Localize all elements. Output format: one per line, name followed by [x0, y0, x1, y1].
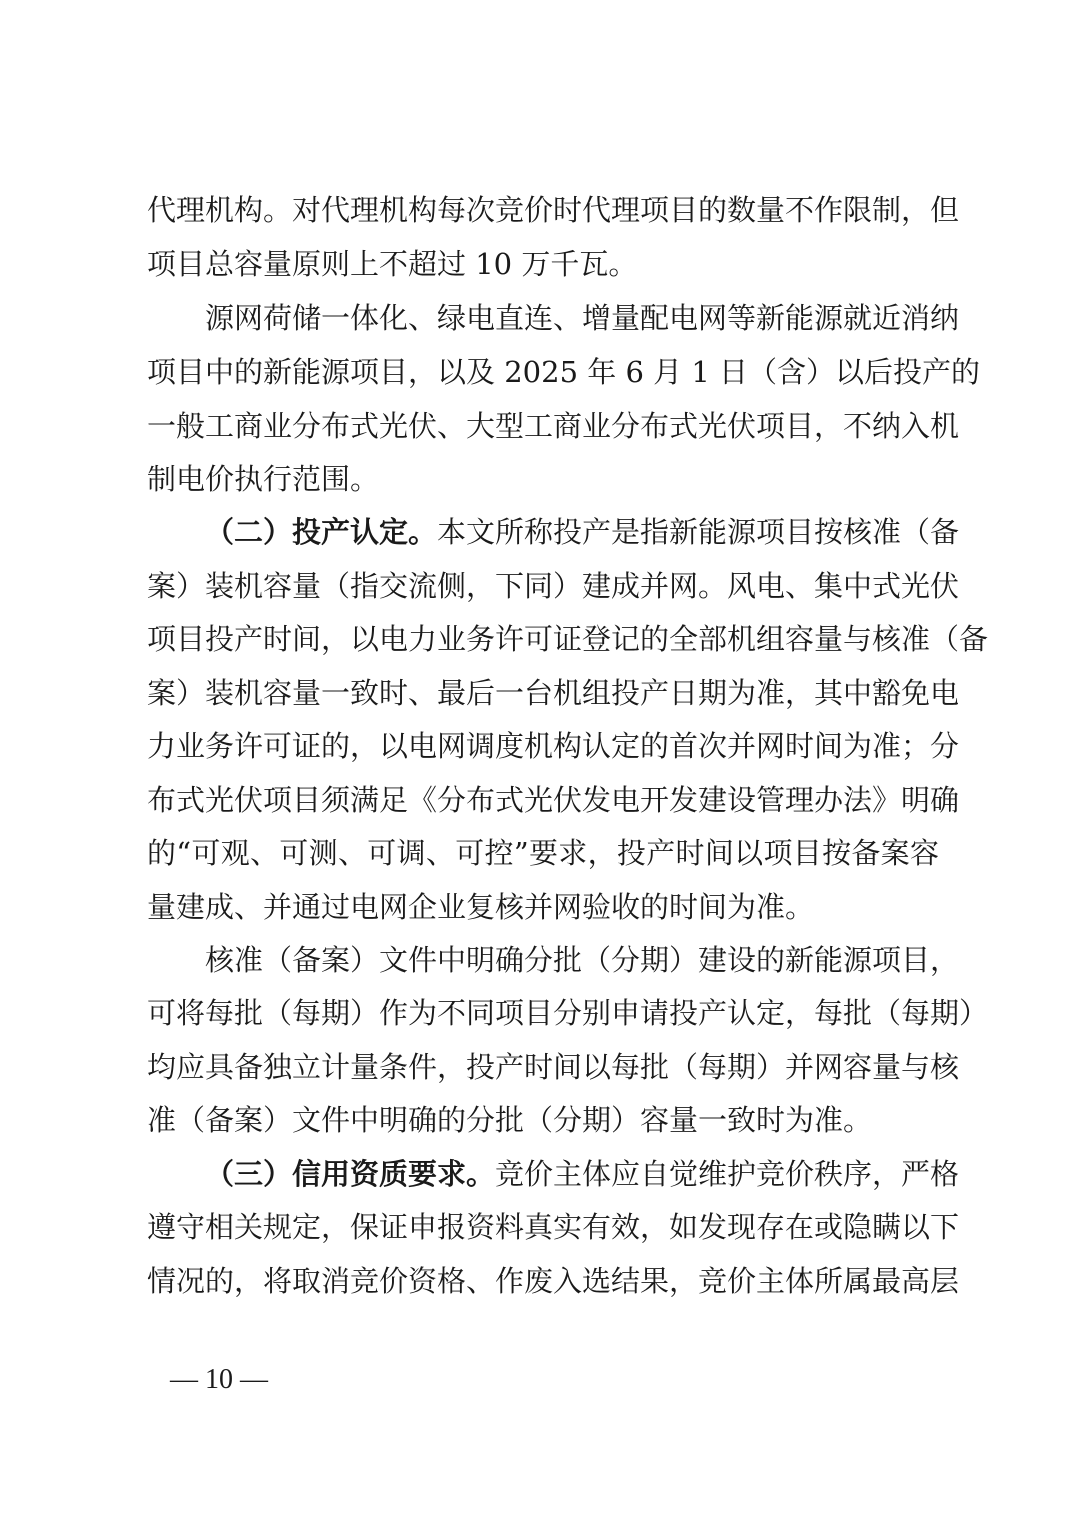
section-heading-line: （三）信用资质要求。竞价主体应自觉维护竞价秩序，严格: [205, 1154, 939, 1194]
line-text: 本文所称投产是指新能源项目按核准（备: [437, 515, 959, 549]
line-text: 核准（备案）文件中明确分批（分期）建设的新能源项目，: [205, 943, 959, 977]
text-line: 力业务许可证的，以电网调度机构认定的首次并网时间为准；分: [147, 726, 939, 766]
text-line: 可将每批（每期）作为不同项目分别申请投产认定，每批（每期）: [147, 993, 939, 1033]
line-text: 情况的，将取消竞价资格、作废入选结果，竞价主体所属最高层: [147, 1264, 959, 1298]
line-text: 项目总容量原则上不超过 10 万千瓦。: [147, 247, 637, 281]
line-text: 代理机构。对代理机构每次竞价时代理项目的数量不作限制，但: [147, 193, 959, 227]
line-text: 项目投产时间，以电力业务许可证登记的全部机组容量与核准（备: [147, 622, 988, 656]
page-number: — 10 —: [170, 1362, 268, 1398]
section-heading-line: （二）投产认定。本文所称投产是指新能源项目按核准（备: [205, 512, 939, 552]
line-text: 布式光伏项目须满足《分布式光伏发电开发建设管理办法》明确: [147, 783, 959, 817]
section-heading: （三）信用资质要求。: [205, 1157, 495, 1191]
text-line: 源网荷储一体化、绿电直连、增量配电网等新能源就近消纳: [205, 298, 939, 338]
line-text: 竞价主体应自觉维护竞价秩序，严格: [495, 1157, 959, 1191]
line-text: 案）装机容量（指交流侧，下同）建成并网。风电、集中式光伏: [147, 569, 959, 603]
line-text: 的“可观、可测、可调、可控”要求，投产时间以项目按备案容: [147, 836, 939, 870]
line-text: 均应具备独立计量条件，投产时间以每批（每期）并网容量与核: [147, 1050, 959, 1084]
line-text: 力业务许可证的，以电网调度机构认定的首次并网时间为准；分: [147, 729, 959, 763]
line-text: 项目中的新能源项目，以及 2025 年 6 月 1 日（含）以后投产的: [147, 355, 980, 389]
text-line: 案）装机容量（指交流侧，下同）建成并网。风电、集中式光伏: [147, 566, 939, 606]
text-line: 核准（备案）文件中明确分批（分期）建设的新能源项目，: [205, 940, 939, 980]
line-text: 可将每批（每期）作为不同项目分别申请投产认定，每批（每期）: [147, 996, 988, 1030]
text-line: 量建成、并通过电网企业复核并网验收的时间为准。: [147, 887, 939, 927]
text-line: 的“可观、可测、可调、可控”要求，投产时间以项目按备案容: [147, 833, 939, 873]
text-line: 准（备案）文件中明确的分批（分期）容量一致时为准。: [147, 1100, 939, 1140]
text-line: 案）装机容量一致时、最后一台机组投产日期为准，其中豁免电: [147, 673, 939, 713]
text-line: 情况的，将取消竞价资格、作废入选结果，竞价主体所属最高层: [147, 1261, 939, 1301]
text-line: 均应具备独立计量条件，投产时间以每批（每期）并网容量与核: [147, 1047, 939, 1087]
line-text: 量建成、并通过电网企业复核并网验收的时间为准。: [147, 890, 814, 924]
text-line: 项目总容量原则上不超过 10 万千瓦。: [147, 244, 939, 284]
section-heading: （二）投产认定。: [205, 515, 437, 549]
text-line: 遵守相关规定，保证申报资料真实有效，如发现存在或隐瞒以下: [147, 1207, 939, 1247]
text-line: 一般工商业分布式光伏、大型工商业分布式光伏项目，不纳入机: [147, 406, 939, 446]
line-text: 源网荷储一体化、绿电直连、增量配电网等新能源就近消纳: [205, 301, 959, 335]
text-line: 布式光伏项目须满足《分布式光伏发电开发建设管理办法》明确: [147, 780, 939, 820]
text-line: 制电价执行范围。: [147, 459, 939, 499]
line-text: 一般工商业分布式光伏、大型工商业分布式光伏项目，不纳入机: [147, 409, 959, 443]
text-line: 项目中的新能源项目，以及 2025 年 6 月 1 日（含）以后投产的: [147, 352, 939, 392]
text-line: 代理机构。对代理机构每次竞价时代理项目的数量不作限制，但: [147, 190, 939, 230]
line-text: 案）装机容量一致时、最后一台机组投产日期为准，其中豁免电: [147, 676, 959, 710]
line-text: 遵守相关规定，保证申报资料真实有效，如发现存在或隐瞒以下: [147, 1210, 959, 1244]
line-text: 准（备案）文件中明确的分批（分期）容量一致时为准。: [147, 1103, 872, 1137]
line-text: 制电价执行范围。: [147, 462, 379, 496]
document-page: 代理机构。对代理机构每次竞价时代理项目的数量不作限制，但项目总容量原则上不超过 …: [0, 0, 1080, 1527]
text-line: 项目投产时间，以电力业务许可证登记的全部机组容量与核准（备: [147, 619, 939, 659]
